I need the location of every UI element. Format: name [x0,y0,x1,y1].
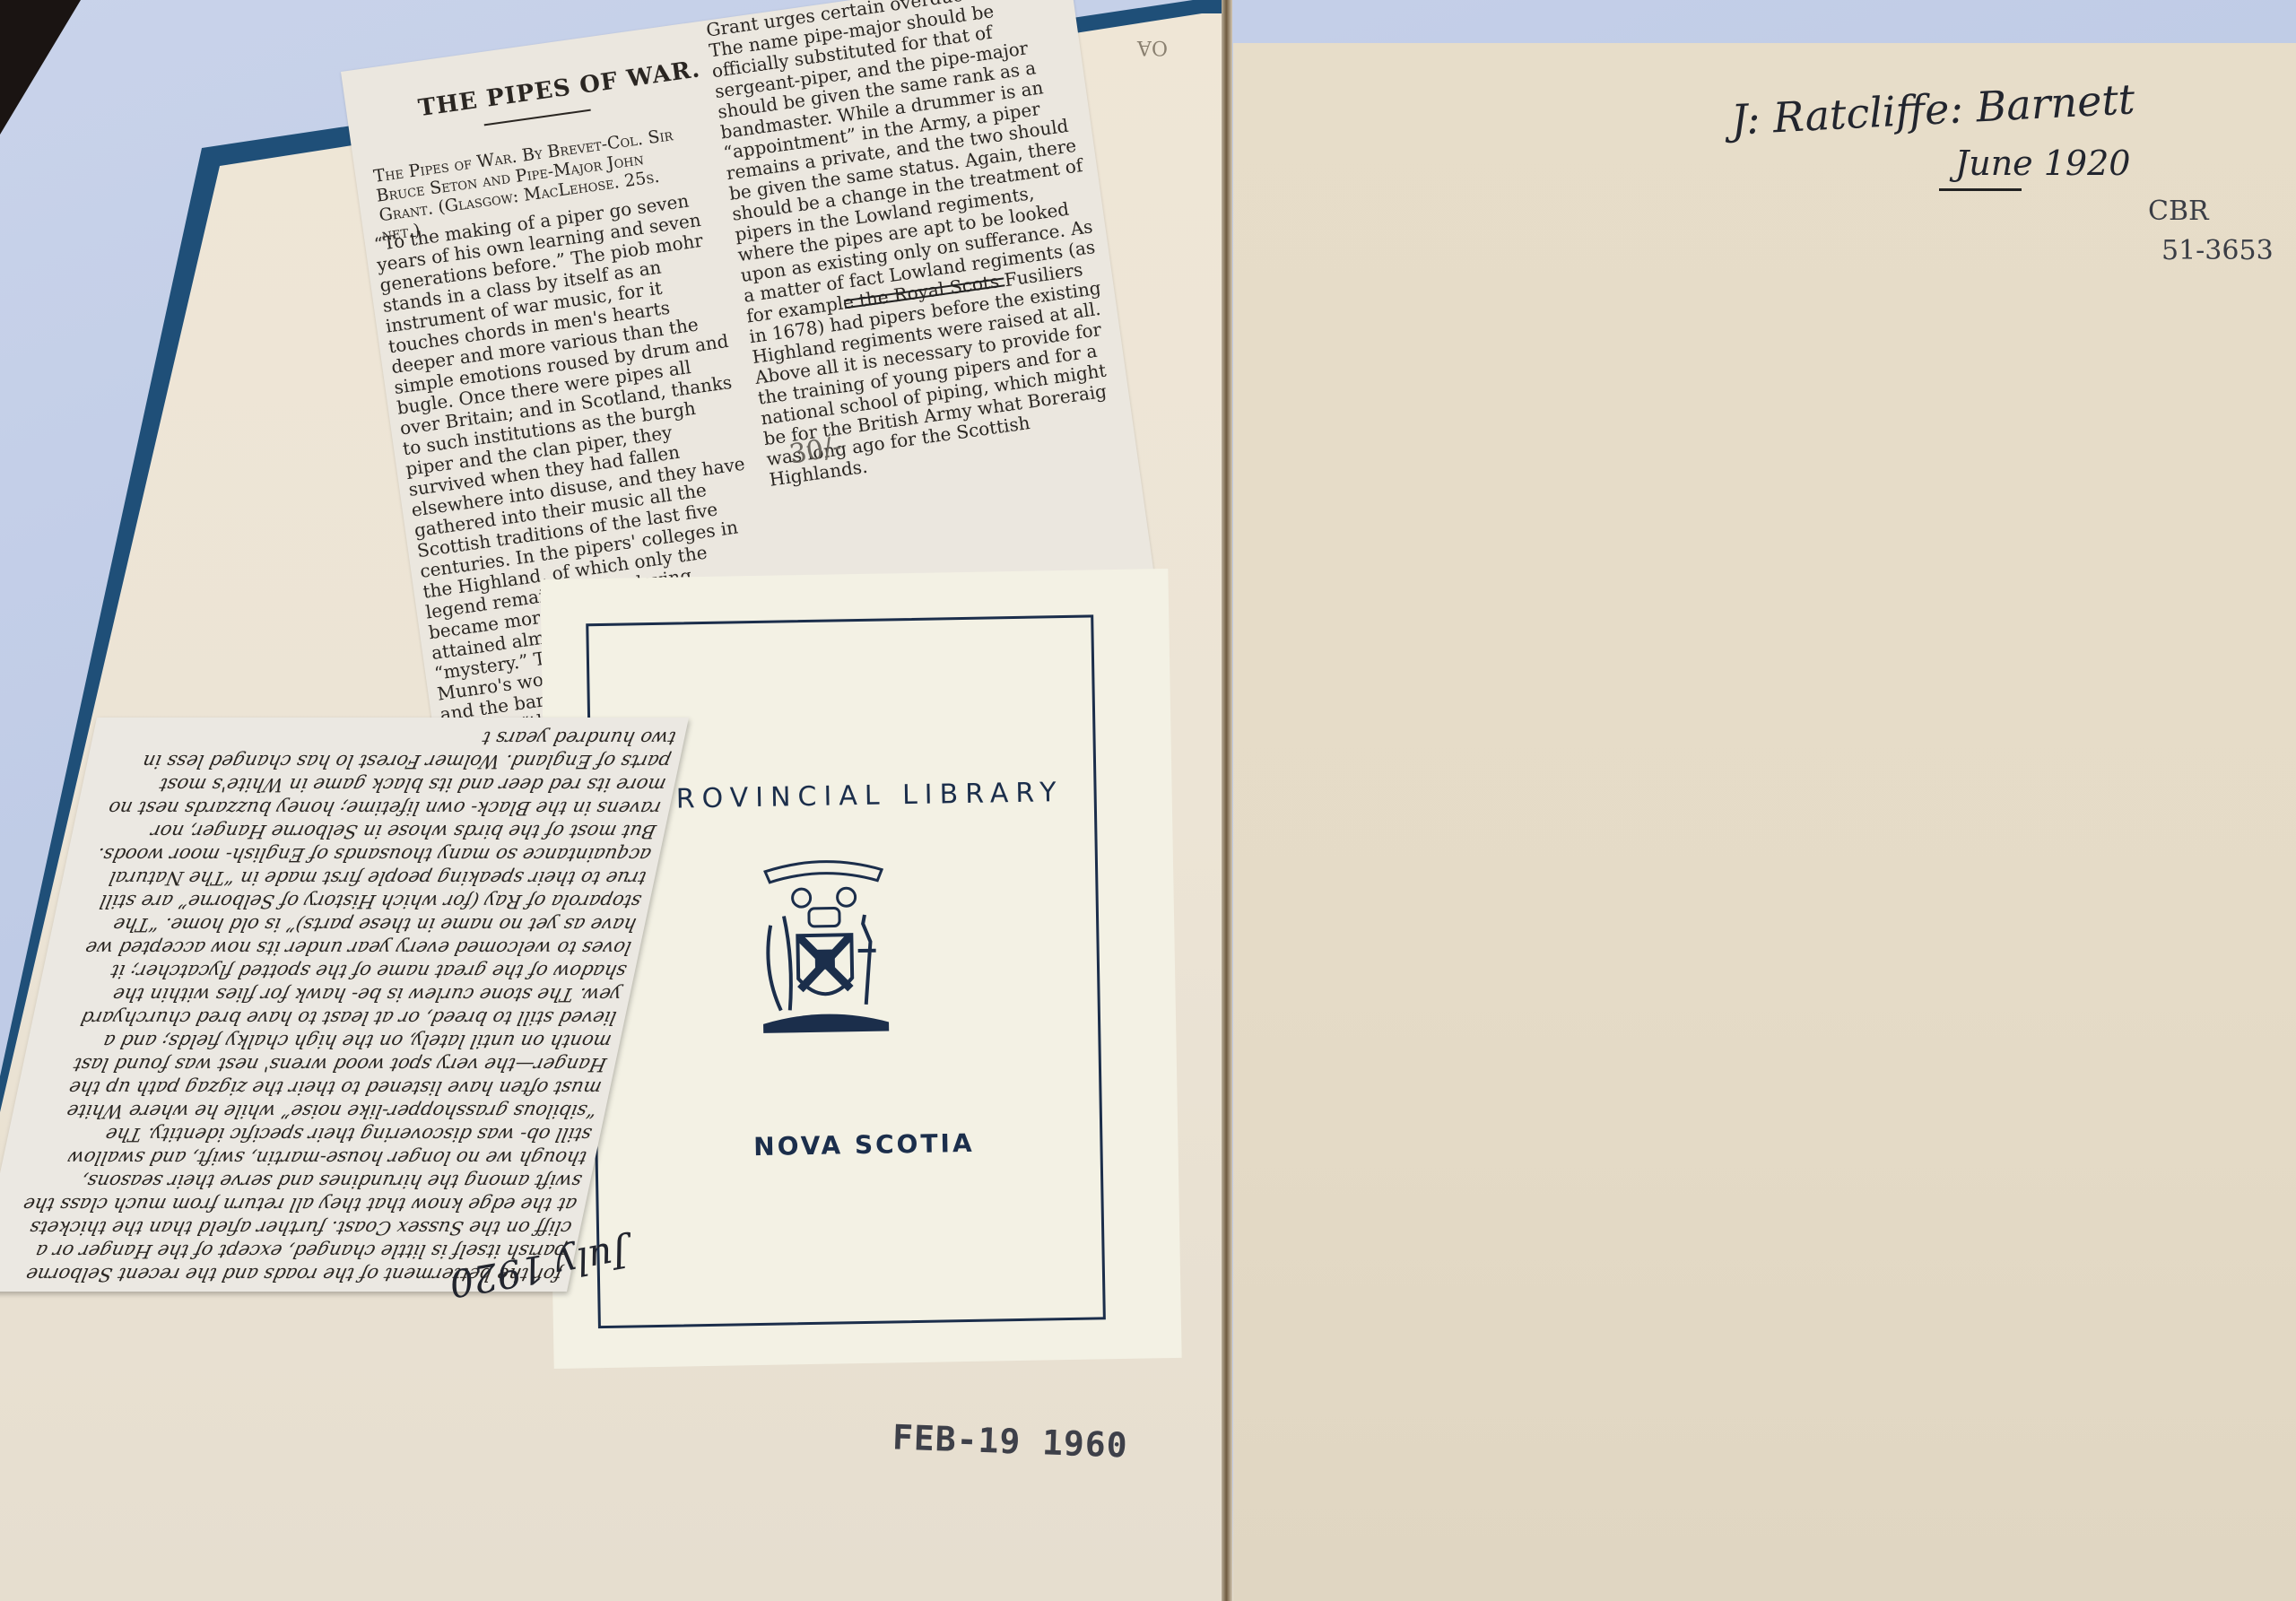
clipping-title: THE PIPES OF WAR. [417,56,702,122]
inscription-underline [1939,188,2022,191]
date-stamp: FEB-19 1960 [891,1417,1128,1465]
clipping-right-column: Grant urges certain overdue reforms. The… [705,0,1126,491]
background-shadow [0,0,81,135]
inscription-date: June 1920 [1955,144,2130,183]
book-gutter [1222,0,1232,1601]
coat-of-arms-icon [756,851,894,1051]
title-rule [484,109,591,126]
catalog-code: CBR [2148,196,2209,227]
corner-mark: OA [1137,36,1168,58]
clipping-upside-down-text: for the betterment of the roads and the … [3,727,678,1286]
bookplate: PROVINCIAL LIBRARY NOVA SCOTIA [540,569,1181,1369]
flyleaf-page [1233,43,2296,1601]
catalog-number: 51-3653 [2161,235,2274,266]
